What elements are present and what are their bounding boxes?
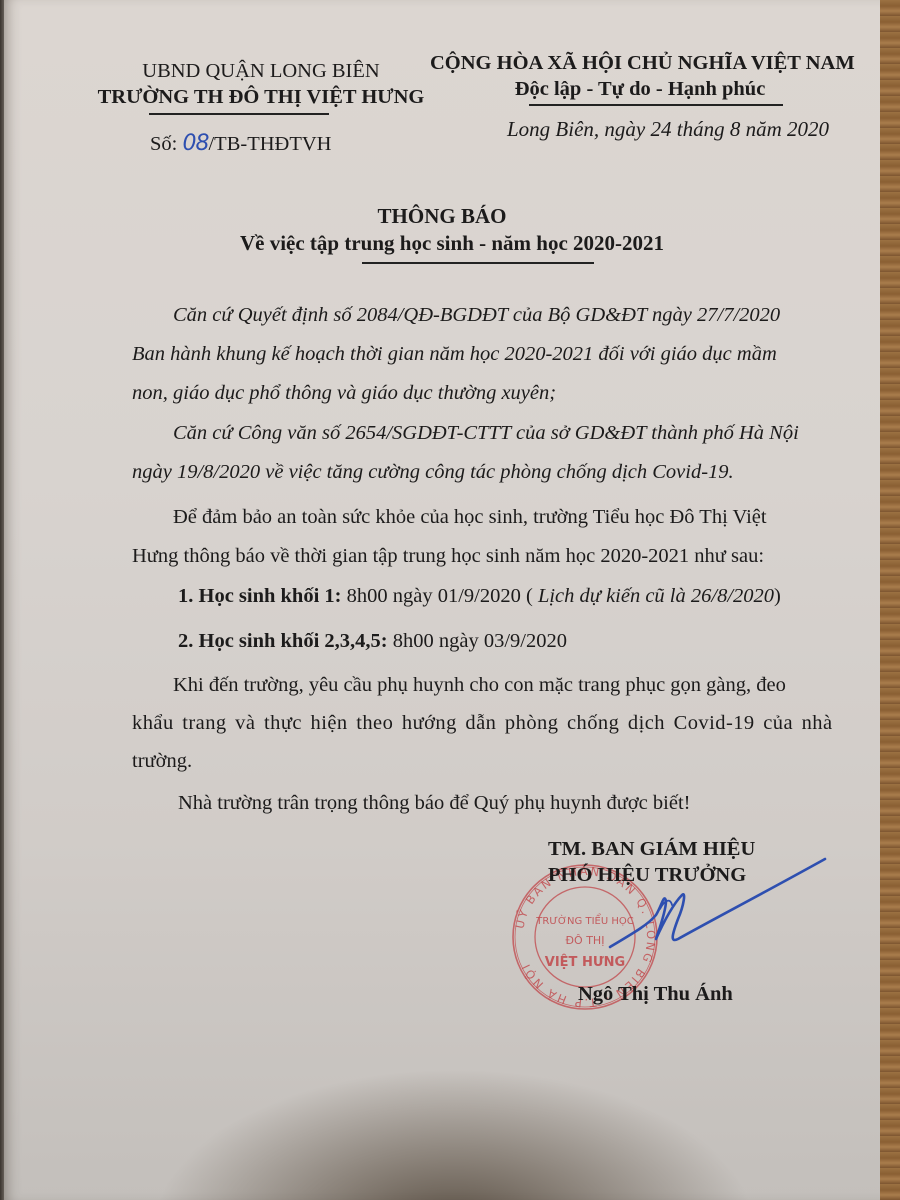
legal-basis-1-line-3: non, giáo dục phổ thông và giáo dục thườ…	[132, 382, 556, 405]
nation-name: CỘNG HÒA XÃ HỘI CHỦ NGHĨA VIỆT NAM	[430, 50, 850, 76]
motto-underline	[529, 104, 783, 106]
signer-name: Ngô Thị Thu Ánh	[578, 983, 733, 1006]
instruction-line-2: khẩu trang và thực hiện theo hướng dẫn p…	[132, 712, 833, 735]
handwritten-signature	[560, 855, 830, 985]
handwritten-number: 08	[182, 131, 208, 156]
legal-basis-1-line-2: Ban hành khung kế hoạch thời gian năm họ…	[132, 343, 777, 366]
instruction-line-1: Khi đến trường, yêu cầu phụ huynh cho co…	[173, 674, 786, 697]
purpose-line-2: Hưng thông báo về thời gian tập trung họ…	[132, 545, 764, 568]
purpose-line-1: Để đảm bảo an toàn sức khỏe của học sinh…	[173, 506, 767, 529]
school-name: TRƯỜNG TH ĐÔ THỊ VIỆT HƯNG	[96, 84, 426, 110]
legal-basis-2-line-2: ngày 19/8/2020 về việc tăng cường công t…	[132, 461, 734, 484]
instruction-line-3: trường.	[132, 750, 192, 773]
title-underline	[362, 262, 594, 264]
schedule-grade-1: 1. Học sinh khối 1: 8h00 ngày 01/9/2020 …	[178, 585, 781, 608]
document-subtitle: Về việc tập trung học sinh - năm học 202…	[0, 231, 900, 256]
document-title: THÔNG BÁO	[0, 204, 884, 229]
issuer-block: UBND QUẬN LONG BIÊN TRƯỜNG TH ĐÔ THỊ VIỆ…	[96, 58, 426, 110]
school-underline	[149, 113, 329, 115]
place-date: Long Biên, ngày 24 tháng 8 năm 2020	[507, 117, 829, 142]
wooden-table-edge	[880, 0, 900, 1200]
issuing-authority: UBND QUẬN LONG BIÊN	[96, 58, 426, 84]
national-motto: Độc lập - Tự do - Hạnh phúc	[430, 76, 850, 102]
legal-basis-2-line-1: Căn cứ Công văn số 2654/SGDĐT-CTTT của s…	[173, 422, 799, 445]
closing-statement: Nhà trường trân trọng thông báo để Quý p…	[178, 792, 690, 815]
schedule-grades-2-5: 2. Học sinh khối 2,3,4,5: 8h00 ngày 03/9…	[178, 630, 567, 653]
document-number: Số: 08/TB-THĐTVH	[150, 131, 331, 156]
legal-basis-1-line-1: Căn cứ Quyết định số 2084/QĐ-BGDĐT của B…	[173, 304, 780, 327]
national-header: CỘNG HÒA XÃ HỘI CHỦ NGHĨA VIỆT NAM Độc l…	[430, 50, 850, 102]
